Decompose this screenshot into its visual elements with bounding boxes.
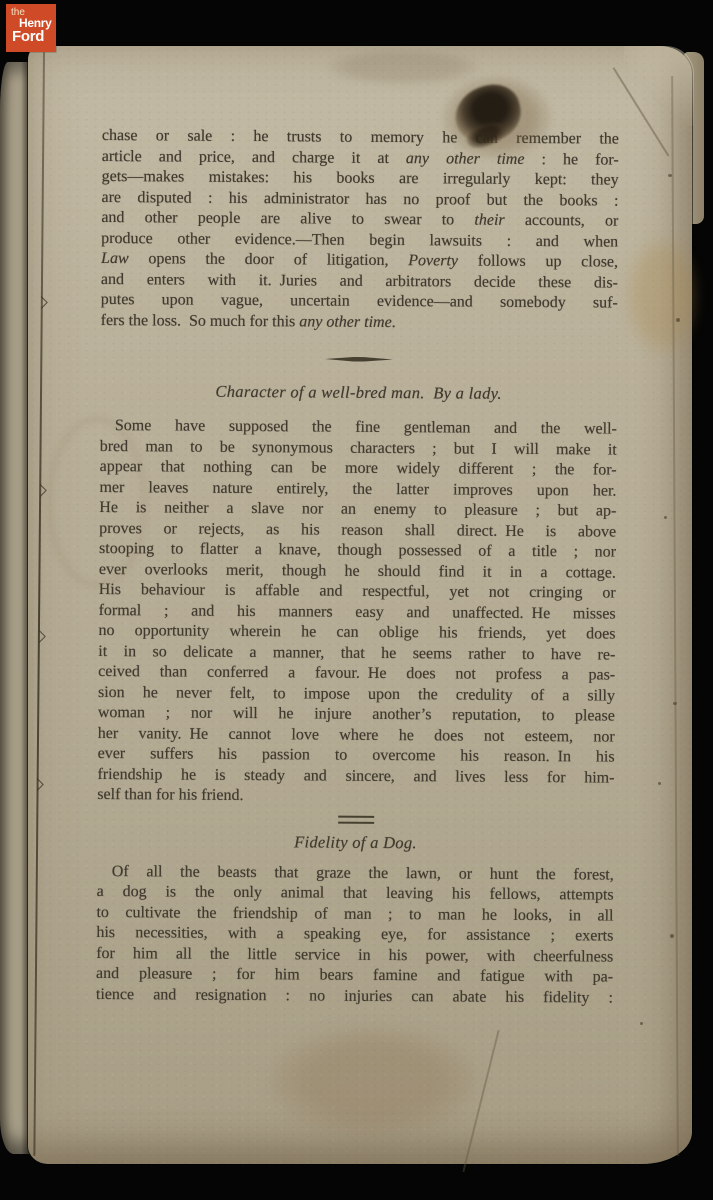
stain bbox=[624, 236, 700, 356]
text-line: and other people are alive to swear to t… bbox=[101, 208, 618, 232]
text-segment: putes upon vague, uncertain evidence—and… bbox=[101, 291, 618, 312]
text-segment: friendship he is steady and sincere, and… bbox=[97, 765, 614, 786]
text-segment: to cultivate the friendship of man ; to … bbox=[96, 903, 613, 924]
text-segment: mer leaves nature entirely, the latter i… bbox=[99, 478, 616, 499]
foxing-speck bbox=[664, 516, 667, 519]
text-segment: accounts, or bbox=[505, 212, 619, 230]
foxing-speck bbox=[658, 782, 661, 785]
text-segment: woman ; nor will he injure another’s rep… bbox=[98, 704, 615, 725]
text-segment: article and price, and charge it at bbox=[102, 147, 406, 166]
paragraph: Some have supposed the fine gentleman an… bbox=[97, 416, 617, 809]
text-line: woman ; nor will he injure another’s rep… bbox=[98, 703, 615, 727]
text-segment: : he for- bbox=[524, 150, 618, 168]
italic-text: their bbox=[474, 212, 504, 229]
text-line: Some have supposed the fine gentleman an… bbox=[100, 416, 617, 440]
section-divider bbox=[325, 357, 393, 362]
text-segment: and enters with it. Juries and arbitrato… bbox=[101, 270, 618, 291]
crease-line bbox=[671, 76, 678, 1156]
scanned-book-photo: chase or sale : he trusts to memory he c… bbox=[0, 0, 713, 1200]
foxing-speck bbox=[640, 1022, 643, 1025]
text-line: gets—makes mistakes: his books are irreg… bbox=[102, 167, 619, 191]
text-segment: formal ; and his manners easy and unaffe… bbox=[99, 601, 616, 622]
text-segment: sion he never felt, to impose upon the c… bbox=[98, 683, 615, 704]
logo-word-ford: Ford bbox=[12, 30, 56, 44]
section-divider bbox=[338, 815, 374, 823]
foxing-speck bbox=[676, 318, 680, 322]
text-segment: for him all the little service in his po… bbox=[96, 944, 613, 965]
binding-stitch bbox=[33, 630, 46, 643]
text-line: Law opens the door of litigation, Povert… bbox=[101, 249, 618, 273]
text-segment: tience and resignation : no injuries can… bbox=[96, 985, 613, 1006]
foxing-speck bbox=[670, 934, 674, 938]
text-segment: gets—makes mistakes: his books are irreg… bbox=[102, 168, 619, 189]
text-segment: ceived than conferred a favour. He does … bbox=[98, 663, 615, 684]
stain bbox=[268, 1026, 478, 1136]
binding-stitch bbox=[34, 484, 47, 497]
text-segment: ever suffers his passion to overcome his… bbox=[98, 745, 615, 766]
book-page: chase or sale : he trusts to memory he c… bbox=[28, 46, 692, 1164]
text-line: fers the loss. So much for this any othe… bbox=[101, 310, 618, 334]
binding-crease bbox=[33, 52, 45, 1156]
henry-ford-logo: the Henry Ford bbox=[6, 4, 56, 52]
previous-pages-edge bbox=[0, 62, 30, 1154]
section-heading: Fidelity of a Dog. bbox=[97, 829, 614, 855]
text-segment: produce other evidence.—Then begin lawsu… bbox=[101, 229, 618, 250]
text-segment: self than for his friend. bbox=[97, 786, 243, 804]
italic-text: Law bbox=[101, 250, 129, 267]
binding-stitch bbox=[31, 778, 44, 791]
text-segment: stooping to flatter a knave, though poss… bbox=[99, 540, 616, 561]
text-segment: are disputed : his administrator has no … bbox=[101, 188, 618, 209]
text-segment: opens the door of litigation, bbox=[129, 250, 409, 269]
text-segment: a dog is the only animal that leaving hi… bbox=[97, 883, 614, 904]
text-line: stooping to flatter a knave, though poss… bbox=[99, 539, 616, 563]
folded-corner bbox=[624, 46, 694, 126]
section-heading: Character of a well-bred man. By a lady. bbox=[100, 380, 617, 406]
text-segment: his necessities, with a speaking eye, fo… bbox=[96, 924, 613, 945]
text-segment: . bbox=[392, 314, 396, 331]
text-line: putes upon vague, uncertain evidence—and… bbox=[101, 290, 618, 314]
paragraph: chase or sale : he trusts to memory he c… bbox=[101, 126, 619, 335]
text-segment: it in so delicate a manner, that he seem… bbox=[98, 642, 615, 663]
text-line: His behaviour is affable and respectful,… bbox=[99, 580, 616, 604]
text-line: ceived than conferred a favour. He does … bbox=[98, 662, 615, 686]
text-segment: follows up close, bbox=[458, 252, 618, 270]
italic-text: Poverty bbox=[408, 252, 458, 269]
text-segment: and other people are alive to swear to bbox=[101, 209, 474, 229]
text-segment: bred man to be synonymous characters ; b… bbox=[100, 437, 617, 458]
italic-text: any other time bbox=[299, 313, 392, 331]
text-line: ever suffers his passion to overcome his… bbox=[98, 744, 615, 768]
text-line: self than for his friend. bbox=[97, 785, 614, 809]
text-line: no opportunity wherein he can oblige his… bbox=[98, 621, 615, 645]
text-segment: Some have supposed the fine gentleman an… bbox=[115, 417, 617, 438]
text-line: and pleasure ; for him bears famine and … bbox=[96, 964, 613, 988]
text-segment: appear that nothing can be more widely d… bbox=[100, 458, 617, 479]
text-block: chase or sale : he trusts to memory he c… bbox=[96, 126, 619, 1009]
stain bbox=[328, 50, 478, 84]
text-line: He is neither a slave nor an enemy to pl… bbox=[99, 498, 616, 522]
text-segment: His behaviour is affable and respectful,… bbox=[99, 581, 616, 602]
text-line: tience and resignation : no injuries can… bbox=[96, 984, 613, 1008]
binding-stitch bbox=[35, 296, 48, 309]
text-segment: proves or rejects, as his reason shall d… bbox=[99, 519, 616, 540]
text-segment: fers the loss. So much for this bbox=[101, 311, 300, 329]
text-segment: and pleasure ; for him bears famine and … bbox=[96, 965, 613, 986]
paragraph: Of all the beasts that graze the lawn, o… bbox=[96, 861, 614, 1008]
text-segment: He is neither a slave nor an enemy to pl… bbox=[99, 499, 616, 520]
text-line: his necessities, with a speaking eye, fo… bbox=[96, 923, 613, 947]
text-line: appear that nothing can be more widely d… bbox=[100, 457, 617, 481]
text-line: a dog is the only animal that leaving hi… bbox=[97, 882, 614, 906]
text-segment: Of all the beasts that graze the lawn, o… bbox=[112, 863, 614, 884]
text-segment: her vanity. He cannot love where he does… bbox=[98, 724, 615, 745]
text-segment: no opportunity wherein he can oblige his… bbox=[98, 622, 615, 643]
text-segment: ever overlooks merit, though he should f… bbox=[99, 560, 616, 581]
